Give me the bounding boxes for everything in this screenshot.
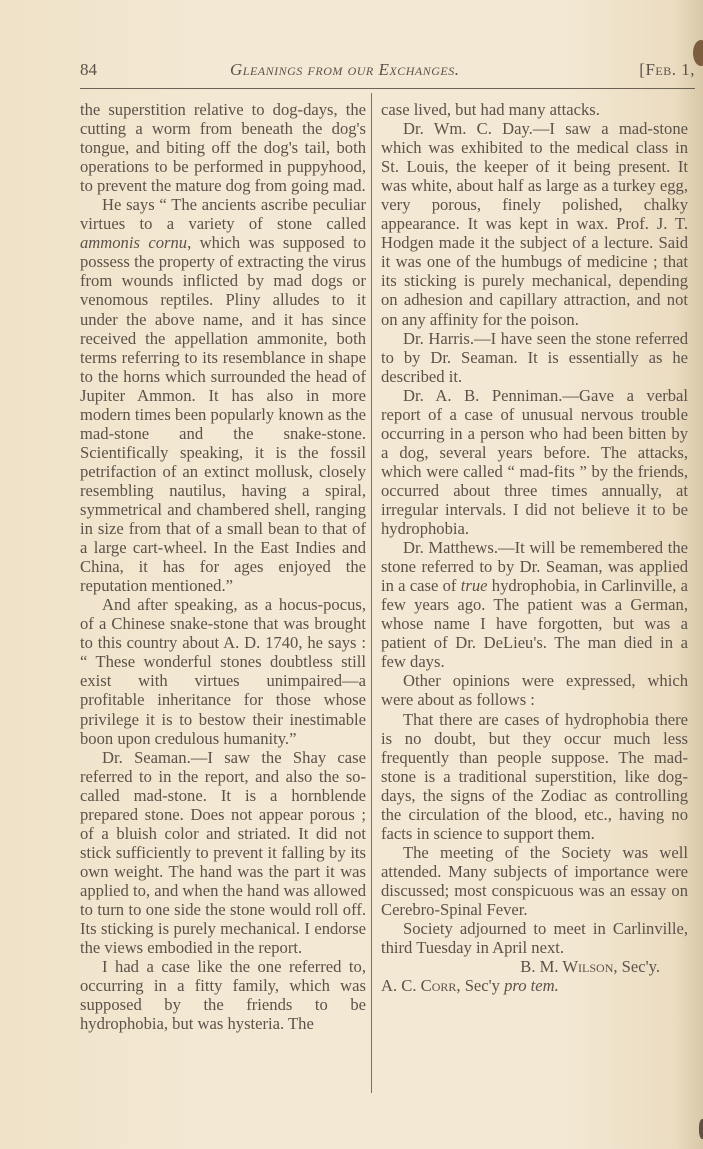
paragraph: Dr. Seaman.—I saw the Shay case referred… bbox=[80, 748, 366, 958]
paragraph: And after speaking, as a hocus-pocus, of… bbox=[80, 595, 366, 747]
signature-pro-tem: A. C. Corr, Sec'y pro tem. bbox=[381, 976, 688, 995]
secretary-title: , Sec'y. bbox=[613, 957, 660, 976]
pro-tem-title: , Sec'y bbox=[456, 976, 504, 995]
paragraph: He says “ The ancients ascribe peculiar … bbox=[80, 195, 366, 595]
column-divider bbox=[371, 93, 372, 1093]
paragraph: Other opinions were expressed, which wer… bbox=[381, 671, 688, 709]
page-edge-mark bbox=[699, 1119, 703, 1139]
signature-secretary: B. M. Wilson, Sec'y. bbox=[381, 957, 688, 976]
paragraph: the superstition relative to dog-days, t… bbox=[80, 100, 366, 195]
header-rule bbox=[80, 88, 695, 89]
issue-date: [Feb. 1, bbox=[639, 60, 695, 80]
page-number: 84 bbox=[80, 60, 97, 80]
paragraph: Dr. Matthews.—It will be remembered the … bbox=[381, 538, 688, 671]
secretary-name: B. M. Wilson bbox=[520, 957, 613, 976]
page-header: 84 Gleanings from our Exchanges. [Feb. 1… bbox=[80, 58, 695, 84]
italic-term: true bbox=[461, 576, 488, 595]
paragraph: The meeting of the Society was well atte… bbox=[381, 843, 688, 919]
running-title: Gleanings from our Exchanges. bbox=[230, 60, 459, 80]
paragraph: Dr. Harris.—I have seen the stone referr… bbox=[381, 329, 688, 386]
paragraph: Dr. Wm. C. Day.—I saw a mad-stone which … bbox=[381, 119, 688, 329]
paragraph: Society adjourned to meet in Carlinville… bbox=[381, 919, 688, 957]
paragraph: Dr. A. B. Penniman.—Gave a verbal report… bbox=[381, 386, 688, 538]
right-column: case lived, but had many attacks. Dr. Wm… bbox=[381, 100, 688, 995]
pro-tem-italic: pro tem. bbox=[504, 976, 559, 995]
paragraph: I had a case like the one referred to, o… bbox=[80, 957, 366, 1033]
pro-tem-name: A. C. Corr bbox=[381, 976, 456, 995]
paragraph: case lived, but had many attacks. bbox=[381, 100, 688, 119]
page-stain bbox=[693, 40, 703, 66]
paragraph: That there are cases of hydrophobia ther… bbox=[381, 710, 688, 843]
text-run: , which was supposed to possess the prop… bbox=[80, 233, 366, 595]
left-column: the superstition relative to dog-days, t… bbox=[80, 100, 366, 1033]
text-run: He says “ The ancients ascribe peculiar … bbox=[80, 195, 366, 233]
italic-term: ammonis cornu bbox=[80, 233, 187, 252]
